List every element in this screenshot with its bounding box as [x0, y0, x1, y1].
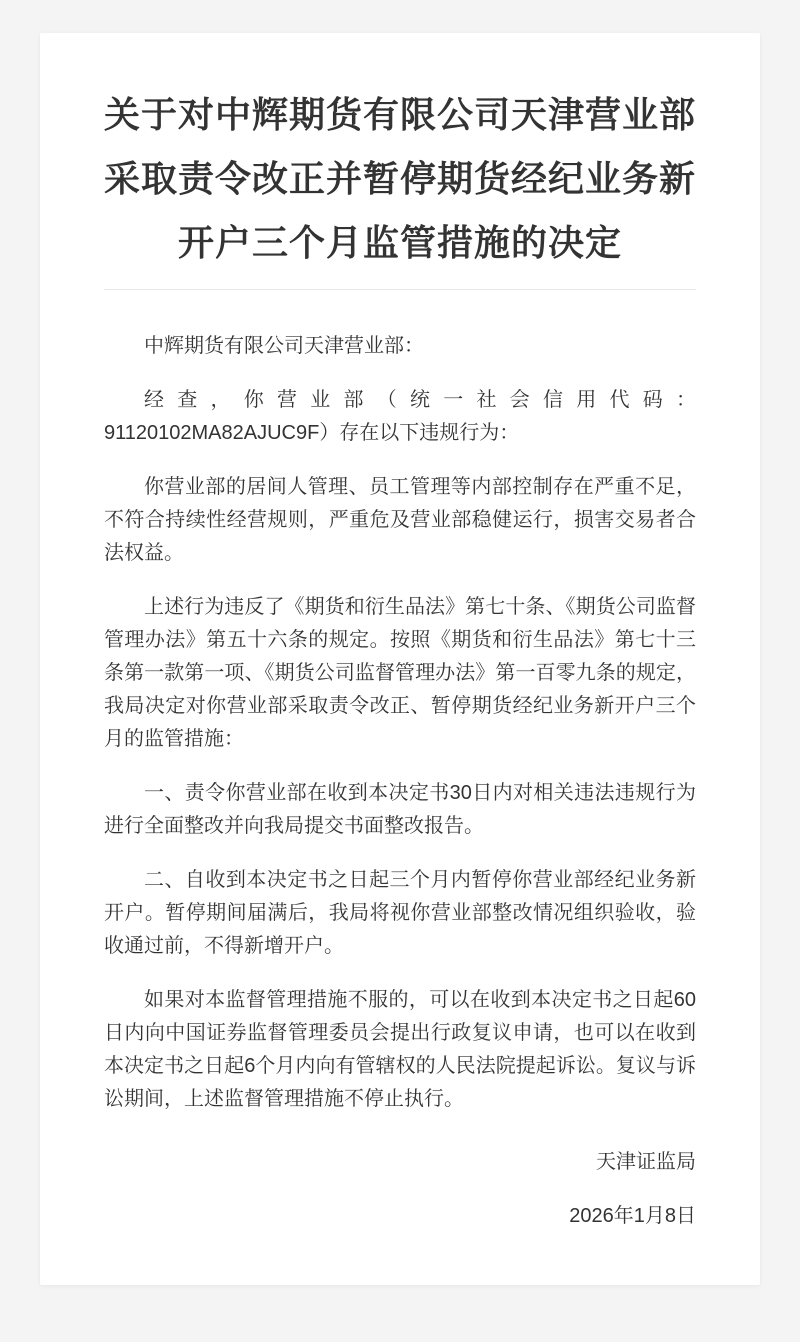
paragraph-legal-basis: 上述行为违反了《期货和衍生品法》第七十条、《期货公司监督管理办法》第五十六条的规… — [104, 591, 696, 756]
page-background: 关于对中辉期货有限公司天津营业部采取责令改正并暂停期货经纪业务新开户三个月监管措… — [0, 0, 800, 1342]
paragraph-measure-two: 二、自收到本决定书之日起三个月内暂停你营业部经纪业务新开户。暂停期间届满后，我局… — [104, 864, 696, 963]
paragraph-measure-one: 一、责令你营业部在收到本决定书30日内对相关违法违规行为进行全面整改并向我局提交… — [104, 777, 696, 843]
document-title: 关于对中辉期货有限公司天津营业部采取责令改正并暂停期货经纪业务新开户三个月监管措… — [104, 83, 696, 275]
paragraph-appeal-rights: 如果对本监督管理措施不服的，可以在收到本决定书之日起60日内向中国证券监督管理委… — [104, 984, 696, 1116]
document-body: 中辉期货有限公司天津营业部： 经查，你营业部（统一社会信用代码：91120102… — [104, 330, 696, 1233]
signature-block: 天津证监局 2026年1月8日 — [104, 1146, 696, 1233]
paragraph-violation-description: 你营业部的居间人管理、员工管理等内部控制存在严重不足，不符合持续性经营规则，严重… — [104, 471, 696, 570]
paragraph-findings-intro: 经查，你营业部（统一社会信用代码：91120102MA82AJUC9F）存在以下… — [104, 384, 696, 450]
document-card: 关于对中辉期货有限公司天津营业部采取责令改正并暂停期货经纪业务新开户三个月监管措… — [40, 33, 760, 1285]
issuing-authority: 天津证监局 — [104, 1146, 696, 1179]
issue-date: 2026年1月8日 — [104, 1200, 696, 1233]
addressee-line: 中辉期货有限公司天津营业部： — [104, 330, 696, 363]
title-divider — [104, 289, 696, 290]
